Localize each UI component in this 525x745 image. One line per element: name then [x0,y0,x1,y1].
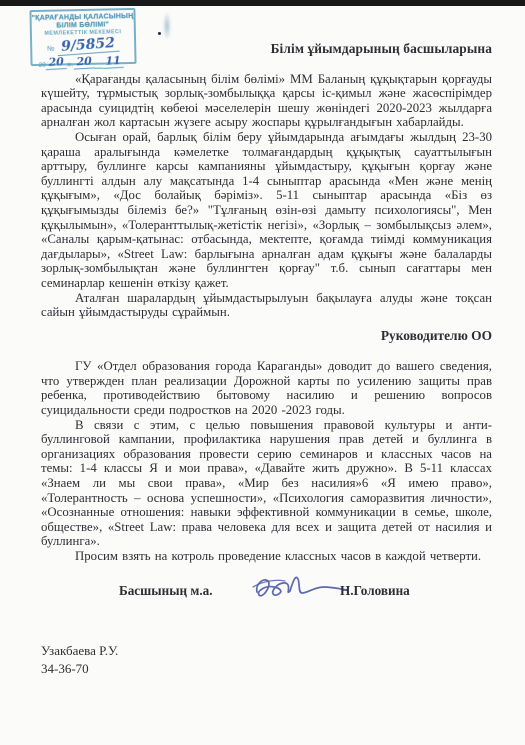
letter-body: Білім ұйымдарының басшыларына «Қарағанды… [41,42,492,678]
paragraph-ru-2: В связи с этим, с целью повышения правов… [41,418,492,549]
executor-name: Узакбаева Р.У. [41,642,492,660]
signature-row: Басшының м.а. Н.Головина [41,576,492,612]
scan-edge-artifact [0,0,525,6]
executor-phone: 34-36-70 [41,660,492,678]
paragraph-ru-3: Просим взять на котроль проведение класс… [41,549,492,564]
paragraph-kk-2: Осыған орай, барлық білім беру ұйымдарын… [41,130,492,291]
ink-smudge [163,12,171,40]
handwritten-signature [251,572,351,610]
executor-block: Узакбаева Р.У. 34-36-70 [41,642,492,678]
ink-dot [158,32,161,35]
signer-name: Н.Головина [340,584,410,599]
paragraph-kk-1: «Қарағанды қаласының білім бөлімі» ММ Ба… [41,72,492,130]
addressee-heading-kazakh: Білім ұйымдарының басшыларына [41,42,492,57]
paragraph-ru-1: ГУ «Отдел образования города Караганды» … [41,359,492,417]
signer-position: Басшының м.а. [119,584,213,599]
addressee-heading-russian: Руководителю ОО [41,329,492,344]
paragraph-kk-3: Аталған шаралардың ұйымдастырылуын бақыл… [41,291,492,320]
